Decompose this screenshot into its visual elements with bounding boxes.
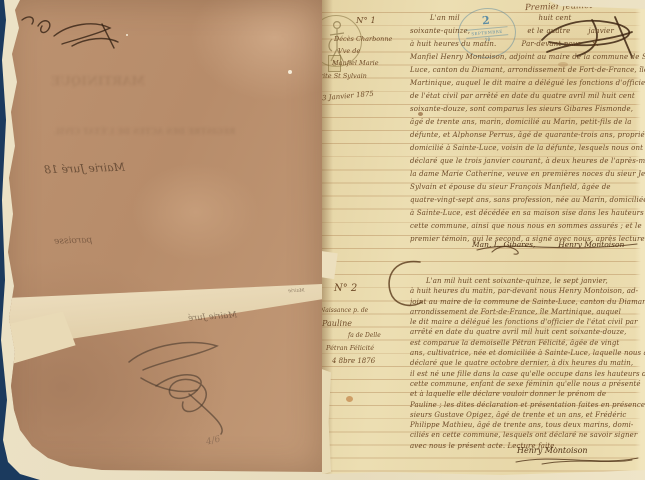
paper-fleck	[126, 34, 128, 36]
act-body-line: le dit maire a délégué les fonctions d'o…	[410, 317, 645, 327]
act-1: L'an mil huit cent soixante-quinze, et l…	[410, 12, 645, 246]
act-body-line: arrêté en date du quatre avril mil huit …	[410, 327, 645, 337]
repair-strip	[322, 368, 331, 476]
margin-line: 4 8bre 1876	[332, 357, 375, 365]
margin-line: rite St Sylvain	[322, 72, 367, 80]
signature-flourish	[472, 236, 645, 258]
act-body-line: à Sainte-Luce, est décédée en sa maison …	[410, 207, 645, 220]
act-body-line: ciliés en cette commune, lesquels ont dé…	[410, 430, 645, 440]
margin-line: N° 2	[334, 283, 357, 294]
act-body-line: L'an mil huit cent soixante-quinze, le s…	[410, 276, 645, 286]
big-signature-scrawl	[101, 330, 251, 435]
margin-line: N° 1	[356, 16, 376, 26]
pencil-mark: 4/6	[205, 434, 221, 447]
margin-line: Décès Charbonne	[334, 35, 392, 43]
right-page: 5 Premier feuillet 2 SEPTEMBRE 18 N° 1 D…	[322, 0, 645, 478]
corner-ink-scrawl	[14, 6, 126, 54]
margin-line: Manfiel Marie	[332, 59, 379, 67]
repair-strip	[322, 251, 338, 279]
act-body-line: ans, cultivatrice, née et domiciliée à S…	[410, 348, 645, 358]
act-body-line: cette commune, enfant de sexe féminin qu…	[410, 379, 645, 389]
act-1-margin: N° 1 Décès Charbonne Vve de Manfiel Mari…	[322, 14, 410, 114]
act-body-line: de l'état civil par arrêté en date du qu…	[410, 90, 645, 103]
act-body-line: à huit heures du matin. Par-devant nous …	[410, 38, 645, 51]
margin-line: Vve de	[338, 47, 360, 55]
act-body-line: il est né une fille dans la case qu'elle…	[410, 369, 645, 379]
ink-stain	[558, 62, 568, 67]
act-body-line: Pauline ; les dites déclaration et prése…	[410, 400, 645, 410]
act-body-line: quatre-vingt-sept ans, sans profession, …	[410, 194, 645, 207]
mirrored-note: Mairie	[288, 288, 305, 295]
margin-line: 3 Janvier 1875	[322, 90, 374, 102]
margin-line: Pauline	[322, 319, 352, 328]
ghost-title-line: REGISTRE DES ACTES DE L'ÉTAT CIVIL	[40, 126, 250, 136]
act-body-line: arrondissement de Fort-de-France, île Ma…	[410, 307, 645, 317]
act-body-line: Luce, canton du Diamant, arrondissement …	[410, 64, 645, 77]
ink-stain	[346, 396, 353, 402]
mirrored-note: Mairie Juré 18	[44, 161, 125, 177]
act-body-line: la dame Marie Catherine, veuve en premiè…	[410, 168, 645, 181]
act-body-line: Martinique, auquel le dit maire a délégu…	[410, 77, 645, 90]
act-body-line: Philippe Mathieu, âgé de trente ans, tou…	[410, 420, 645, 430]
act-body-line: Manfiel Henry Montoison, adjoint au mair…	[410, 51, 645, 64]
act-body-line: joint au maire de la commune de Sainte-L…	[410, 297, 645, 307]
archival-scan: MARTINIQUE REGISTRE DES ACTES DE L'ÉTAT …	[0, 0, 645, 480]
signature-underline-flourish	[512, 452, 642, 468]
act-body-line: déclaré que le quatre octobre dernier, à…	[410, 358, 645, 368]
left-page: MARTINIQUE REGISTRE DES ACTES DE L'ÉTAT …	[6, 0, 322, 472]
act-body-line: et à laquelle elle déclare vouloir donne…	[410, 389, 645, 399]
act-body-line: sieurs Gustave Opigez, âgé de trente et …	[410, 410, 645, 420]
mirrored-note: Mairie Juré	[188, 310, 238, 323]
act-body-line: L'an mil huit cent	[410, 12, 645, 25]
act-body-line: domicilié à Sainte-Luce, voisin de la dé…	[410, 142, 645, 155]
act-body-line: défunte, et Alphonse Perrus, âgé de quar…	[410, 129, 645, 142]
act-body-line: Sylvain et épouse du sieur François Manf…	[410, 181, 645, 194]
act-body-line: déclaré que le trois janvier courant, à …	[410, 155, 645, 168]
act-body-line: soixante-quinze, et le quatre janvier	[410, 25, 645, 38]
margin-line: Naissance p. de	[322, 307, 368, 314]
act-2: L'an mil huit cent soixante-quinze, le s…	[410, 276, 645, 451]
mirrored-note: paroisse	[54, 235, 93, 246]
margin-line: Pétran Félicité	[326, 344, 374, 352]
act-body-line: cette commune, ainsi que nous nous en so…	[410, 220, 645, 233]
act-body-line: âgé de trente ans, marin, domicilié au M…	[410, 116, 645, 129]
act-body-line: à huit heures du matin, par-devant nous …	[410, 286, 645, 296]
paper-fleck	[288, 70, 292, 74]
ink-stain	[418, 112, 423, 116]
act-body-line: soixante-douze, sont comparus les sieurs…	[410, 103, 645, 116]
margin-line: fa de Delle	[348, 332, 381, 339]
ghost-title-line: MARTINIQUE	[48, 74, 148, 88]
act-body-line: est comparue la demoiselle Pétran Félici…	[410, 338, 645, 348]
